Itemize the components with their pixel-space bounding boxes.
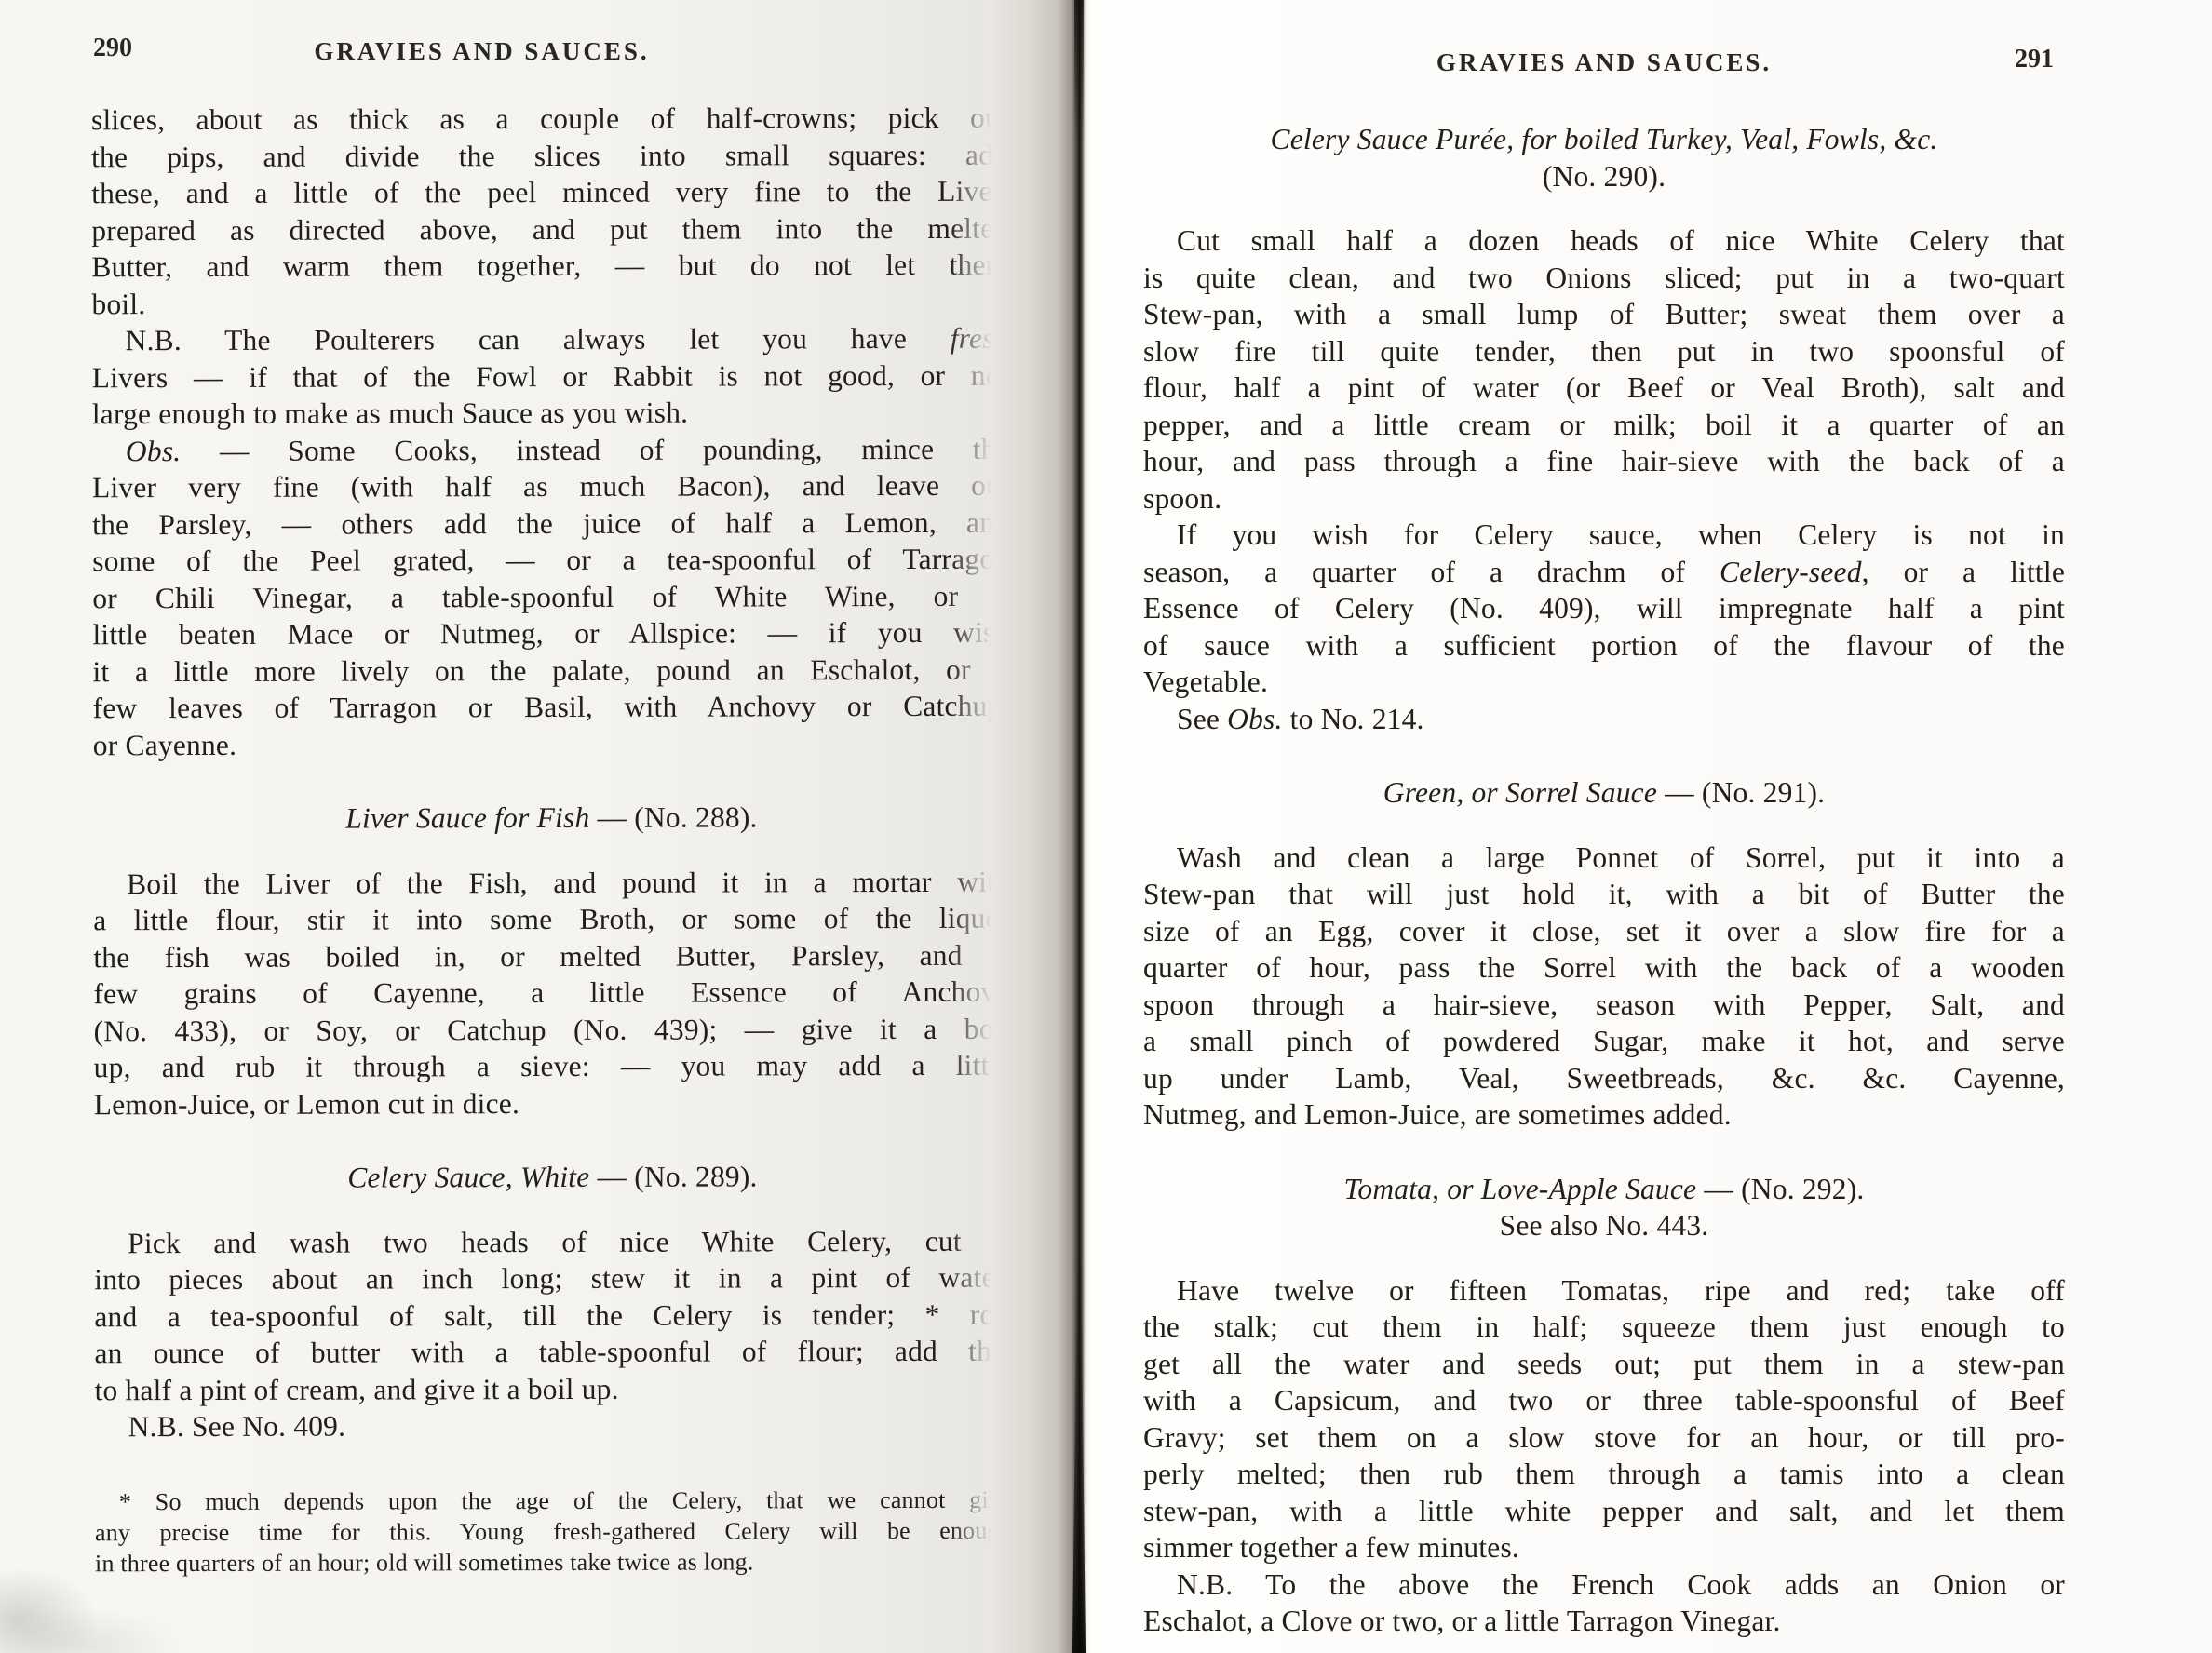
text-line: Vegetable. <box>1143 664 2065 701</box>
text-segment: to half a pint of cream, and give it a b… <box>95 1372 619 1405</box>
text-segment: perly melted; then rub them through a ta… <box>1143 1458 2065 1490</box>
text-line: perly melted; then rub them through a ta… <box>1143 1456 2065 1493</box>
italic-text-segment: Celery Sauce, White <box>347 1161 589 1194</box>
text-segment: an ounce of butter with a table-spoonful… <box>94 1335 1011 1370</box>
recipe-heading: Celery Sauce Purée, for boiled Turkey, V… <box>1143 121 2065 195</box>
text-line: Wash and clean a large Ponnet of Sorrel,… <box>1143 840 2065 877</box>
text-line: to half a pint of cream, and give it a b… <box>94 1369 1011 1408</box>
text-segment: Have twelve or fifteen Tomatas, ripe and… <box>1177 1274 2065 1307</box>
left-page-header: 290 GRAVIES AND SAUCES. <box>93 37 1010 76</box>
text-segment: the Parsley, — others add the juice of h… <box>92 505 1009 541</box>
text-line: See Obs. to No. 214. <box>1143 701 2065 738</box>
right-page-header: GRAVIES AND SAUCES. 291 <box>1143 48 2065 87</box>
text-segment: large enough to make as much Sauce as yo… <box>92 396 689 431</box>
text-segment: spoon. <box>1143 482 1221 515</box>
text-line: the Parsley, — others add the juice of h… <box>92 504 1009 543</box>
text-line: some of the Peel grated, — or a tea-spoo… <box>92 541 1009 580</box>
text-segment: of sauce with a sufficient portion of th… <box>1143 629 2065 662</box>
italic-text-segment: Tomata, or Love-Apple Sauce <box>1344 1173 1697 1205</box>
text-segment: (No. 433), or Soy, or Catchup (No. 439);… <box>93 1012 1010 1047</box>
text-segment: or Cayenne. <box>93 728 236 760</box>
text-segment: boil. <box>91 288 145 320</box>
text-line: Eschalot, a Clove or two, or a little Ta… <box>1143 1603 2065 1640</box>
text-segment: — Some Cooks, instead of pounding, mince… <box>181 432 1009 466</box>
text-segment: and a tea-spoonful of salt, till the Cel… <box>94 1297 1011 1333</box>
text-line: (No. 433), or Soy, or Catchup (No. 439);… <box>93 1010 1010 1049</box>
text-line: a small pinch of powdered Sugar, make it… <box>1143 1023 2065 1060</box>
text-line: slices, about as thick as a couple of ha… <box>91 100 1008 139</box>
text-line: large enough to make as much Sauce as yo… <box>92 394 1009 433</box>
text-segment: slices, about as thick as a couple of ha… <box>91 101 1008 137</box>
text-line: little beaten Mace or Nutmeg, or Allspic… <box>92 614 1009 653</box>
paragraph: N.B. See No. 409. <box>95 1406 1012 1445</box>
left-running-header: GRAVIES AND SAUCES. <box>23 37 940 66</box>
text-segment: N.B. See No. 409. <box>128 1410 346 1444</box>
text-segment: Livers — if that of the Fowl or Rabbit i… <box>92 358 1009 394</box>
text-segment: a little flour, stir it into some Broth,… <box>93 902 1010 937</box>
text-segment: Nutmeg, and Lemon-Juice, are sometimes a… <box>1143 1098 1732 1131</box>
recipe-heading: Liver Sauce for Fish — (No. 288). <box>93 799 1010 838</box>
text-segment: or Chili Vinegar, a table-spoonful of Wh… <box>92 579 1009 614</box>
text-segment: Gravy; set them on a slow stove for an h… <box>1143 1421 2065 1454</box>
text-segment: Cut small half a dozen heads of nice Whi… <box>1177 224 2065 257</box>
text-segment: it a little more lively on the palate, p… <box>92 652 1009 688</box>
text-segment: (No. 290). <box>1543 160 1666 193</box>
paragraph: If you wish for Celery sauce, when Celer… <box>1143 517 2065 701</box>
text-line: in three quarters of an hour; old will s… <box>95 1545 1012 1579</box>
right-page: GRAVIES AND SAUCES. 291 Celery Sauce Pur… <box>1094 0 2212 1653</box>
text-line: stew-pan, with a little white pepper and… <box>1143 1493 2065 1530</box>
text-segment: Stew-pan, with a small lump of Butter; s… <box>1143 298 2065 330</box>
text-segment: few leaves of Tarragon or Basil, with An… <box>93 690 1010 725</box>
text-line: is quite clean, and two Onions sliced; p… <box>1143 260 2065 297</box>
text-line: Liver very fine (with half as much Bacon… <box>92 467 1009 506</box>
text-segment: See <box>1177 703 1227 735</box>
text-segment: hour, and pass through a fine hair-sieve… <box>1143 445 2065 477</box>
text-segment: to No. 214. <box>1283 703 1424 735</box>
text-segment: N.B. The Poulterers can always let you h… <box>126 322 951 356</box>
text-segment: little beaten Mace or Nutmeg, or Allspic… <box>92 616 1009 652</box>
text-line: it a little more lively on the palate, p… <box>92 651 1009 690</box>
paragraph: Obs. — Some Cooks, instead of pounding, … <box>92 430 1010 763</box>
italic-text-segment: Celery-seed <box>1720 556 1862 588</box>
text-line: up under Lamb, Veal, Sweetbreads, &c. &c… <box>1143 1060 2065 1097</box>
text-line: Green, or Sorrel Sauce — (No. 291). <box>1143 774 2065 812</box>
text-line: flour, half a pint of water (or Beef or … <box>1143 370 2065 407</box>
text-segment: — (No. 292). <box>1696 1173 1864 1205</box>
text-segment: into pieces about an inch long; stew it … <box>94 1261 1011 1297</box>
text-line: season, a quarter of a drachm of Celery-… <box>1143 554 2065 591</box>
recipe-heading: Tomata, or Love-Apple Sauce — (No. 292).… <box>1143 1171 2065 1244</box>
paragraph: See Obs. to No. 214. <box>1143 701 2065 738</box>
text-line: these, and a little of the peel minced v… <box>91 173 1008 212</box>
recipe-heading: Green, or Sorrel Sauce — (No. 291). <box>1143 774 2065 812</box>
left-page-body: slices, about as thick as a couple of ha… <box>91 100 1012 1579</box>
text-segment: N.B. To the above the French Cook adds a… <box>1177 1568 2065 1601</box>
text-segment: Boil the Liver of the Fish, and pound it… <box>127 865 1010 899</box>
text-segment: season, a quarter of a drachm of <box>1143 556 1720 588</box>
italic-text-segment: Obs. <box>126 435 182 467</box>
paragraph: Have twelve or fifteen Tomatas, ripe and… <box>1143 1272 2065 1566</box>
text-segment: Essence of Celery (No. 409), will impreg… <box>1143 592 2065 625</box>
text-segment: pepper, and a little cream or milk; boil… <box>1143 409 2065 441</box>
text-segment: the fish was boiled in, or melted Butter… <box>93 938 1010 974</box>
text-line: Tomata, or Love-Apple Sauce — (No. 292). <box>1143 1171 2065 1208</box>
text-line: (No. 290). <box>1143 158 2065 195</box>
book-scan-spread: 290 GRAVIES AND SAUCES. slices, about as… <box>0 0 2212 1653</box>
text-segment: See also No. 443. <box>1500 1209 1709 1242</box>
italic-text-segment: Green, or Sorrel Sauce <box>1383 776 1657 809</box>
text-segment: Eschalot, a Clove or two, or a little Ta… <box>1143 1605 1781 1637</box>
text-line: * So much depends upon the age of the Ce… <box>95 1484 1012 1517</box>
text-segment: If you wish for Celery sauce, when Celer… <box>1177 518 2065 551</box>
text-line: N.B. The Poulterers can always let you h… <box>92 320 1009 359</box>
text-segment: — (No. 288). <box>589 800 757 833</box>
text-segment: the pips, and divide the slices into sma… <box>91 138 1008 173</box>
text-line: Have twelve or fifteen Tomatas, ripe and… <box>1143 1272 2065 1310</box>
text-line: prepared as directed above, and put them… <box>91 209 1008 249</box>
text-line: the stalk; cut them in half; squeeze the… <box>1143 1309 2065 1346</box>
paragraph: Wash and clean a large Ponnet of Sorrel,… <box>1143 840 2065 1134</box>
paragraph: N.B. The Poulterers can always let you h… <box>92 320 1009 433</box>
paragraph: Pick and wash two heads of nice White Ce… <box>94 1222 1012 1408</box>
text-line: few grains of Cayenne, a little Essence … <box>93 974 1010 1013</box>
text-line: Obs. — Some Cooks, instead of pounding, … <box>92 430 1009 469</box>
text-segment: , or a little <box>1862 556 2065 588</box>
text-line: get all the water and seeds out; put the… <box>1143 1346 2065 1383</box>
text-line: pepper, and a little cream or milk; boil… <box>1143 407 2065 444</box>
text-line: spoon through a hair-sieve, season with … <box>1143 987 2065 1024</box>
footnote: * So much depends upon the age of the Ce… <box>95 1484 1012 1579</box>
text-line: simmer together a few minutes. <box>1143 1529 2065 1566</box>
text-segment: — (No. 289). <box>589 1160 757 1192</box>
text-segment: up, and rub it through a sieve: — you ma… <box>94 1049 1011 1084</box>
text-segment: Butter, and warm them together, — but do… <box>91 249 1008 284</box>
right-page-body: Celery Sauce Purée, for boiled Turkey, V… <box>1143 84 2065 1640</box>
text-line: with a Capsicum, and two or three table-… <box>1143 1382 2065 1419</box>
text-line: N.B. To the above the French Cook adds a… <box>1143 1566 2065 1604</box>
text-segment: Lemon-Juice, or Lemon cut in dice. <box>94 1087 519 1121</box>
right-page-number: 291 <box>2015 45 2054 74</box>
text-line: hour, and pass through a fine hair-sieve… <box>1143 443 2065 480</box>
text-line: See also No. 443. <box>1143 1207 2065 1244</box>
text-segment: in three quarters of an hour; old will s… <box>95 1548 754 1577</box>
text-segment: the stalk; cut them in half; squeeze the… <box>1143 1310 2065 1343</box>
text-segment: a small pinch of powdered Sugar, make it… <box>1143 1025 2065 1057</box>
text-line: Cut small half a dozen heads of nice Whi… <box>1143 222 2065 260</box>
text-line: Stew-pan, with a small lump of Butter; s… <box>1143 296 2065 333</box>
text-line: of sauce with a sufficient portion of th… <box>1143 627 2065 665</box>
text-segment: flour, half a pint of water (or Beef or … <box>1143 371 2065 404</box>
text-line: If you wish for Celery sauce, when Celer… <box>1143 517 2065 554</box>
text-segment: any precise time for this. Young fresh-g… <box>95 1516 1012 1546</box>
text-line: Stew-pan that will just hold it, with a … <box>1143 876 2065 913</box>
italic-text-segment: Obs. <box>1227 703 1282 735</box>
paragraph: N.B. To the above the French Cook adds a… <box>1143 1566 2065 1640</box>
text-segment: simmer together a few minutes. <box>1143 1531 1519 1564</box>
text-line: any precise time for this. Young fresh-g… <box>95 1514 1012 1548</box>
italic-text-segment: Celery Sauce Purée, for boiled Turkey, V… <box>1271 123 1938 155</box>
text-segment: Stew-pan that will just hold it, with a … <box>1143 878 2065 910</box>
text-line: Butter, and warm them together, — but do… <box>91 247 1008 286</box>
text-line: spoon. <box>1143 480 2065 517</box>
text-line: size of an Egg, cover it close, set it o… <box>1143 913 2065 950</box>
text-segment: * So much depends upon the age of the Ce… <box>119 1485 1012 1515</box>
text-segment: slow fire till quite tender, then put in… <box>1143 335 2065 368</box>
text-line: an ounce of butter with a table-spoonful… <box>94 1333 1011 1372</box>
text-line: Livers — if that of the Fowl or Rabbit i… <box>92 356 1009 396</box>
paragraph: Boil the Liver of the Fish, and pound it… <box>93 863 1011 1122</box>
recipe-heading: Celery Sauce, White — (No. 289). <box>94 1158 1011 1197</box>
text-line: N.B. See No. 409. <box>95 1406 1012 1445</box>
text-segment: some of the Peel grated, — or a tea-spoo… <box>92 543 1009 578</box>
text-line: or Cayenne. <box>93 724 1010 763</box>
text-line: few leaves of Tarragon or Basil, with An… <box>93 688 1010 727</box>
text-segment: Pick and wash two heads of nice White Ce… <box>128 1224 1011 1258</box>
text-line: Pick and wash two heads of nice White Ce… <box>94 1222 1011 1261</box>
text-segment: — (No. 291). <box>1657 776 1825 809</box>
text-line: into pieces about an inch long; stew it … <box>94 1259 1011 1298</box>
text-segment: is quite clean, and two Onions sliced; p… <box>1143 262 2065 294</box>
italic-text-segment: Liver Sauce for Fish <box>345 801 589 835</box>
text-line: boil. <box>91 283 1008 322</box>
text-line: Celery Sauce Purée, for boiled Turkey, V… <box>1143 121 2065 158</box>
paragraph: Cut small half a dozen heads of nice Whi… <box>1143 222 2065 517</box>
text-segment: prepared as directed above, and put them… <box>91 211 1008 247</box>
text-segment: with a Capsicum, and two or three table-… <box>1143 1384 2065 1417</box>
text-line: or Chili Vinegar, a table-spoonful of Wh… <box>92 577 1009 616</box>
text-line: and a tea-spoonful of salt, till the Cel… <box>94 1296 1011 1335</box>
text-segment: spoon through a hair-sieve, season with … <box>1143 988 2065 1021</box>
text-segment: get all the water and seeds out; put the… <box>1143 1348 2065 1380</box>
text-line: the pips, and divide the slices into sma… <box>91 136 1008 175</box>
left-page: 290 GRAVIES AND SAUCES. slices, about as… <box>0 0 1005 1653</box>
text-segment: quarter of hour, pass the Sorrel with th… <box>1143 951 2065 984</box>
text-line: the fish was boiled in, or melted Butter… <box>93 936 1010 975</box>
text-line: Celery Sauce, White — (No. 289). <box>94 1158 1011 1197</box>
text-line: slow fire till quite tender, then put in… <box>1143 333 2065 370</box>
text-segment: Vegetable. <box>1143 665 1268 698</box>
text-line: a little flour, stir it into some Broth,… <box>93 900 1010 939</box>
text-line: quarter of hour, pass the Sorrel with th… <box>1143 949 2065 987</box>
text-line: Essence of Celery (No. 409), will impreg… <box>1143 590 2065 627</box>
text-line: Gravy; set them on a slow stove for an h… <box>1143 1419 2065 1457</box>
text-line: Lemon-Juice, or Lemon cut in dice. <box>94 1083 1011 1122</box>
text-segment: stew-pan, with a little white pepper and… <box>1143 1495 2065 1527</box>
text-line: Nutmeg, and Lemon-Juice, are sometimes a… <box>1143 1096 2065 1134</box>
text-line: Boil the Liver of the Fish, and pound it… <box>93 863 1010 902</box>
text-line: up, and rub it through a sieve: — you ma… <box>94 1047 1011 1086</box>
text-segment: size of an Egg, cover it close, set it o… <box>1143 915 2065 947</box>
text-segment: Liver very fine (with half as much Bacon… <box>92 469 1009 504</box>
text-segment: few grains of Cayenne, a little Essence … <box>93 975 1010 1011</box>
right-running-header: GRAVIES AND SAUCES. <box>1143 48 2065 77</box>
text-segment: up under Lamb, Veal, Sweetbreads, &c. &c… <box>1143 1062 2065 1095</box>
text-segment: Wash and clean a large Ponnet of Sorrel,… <box>1177 841 2065 874</box>
italic-text-segment: fresh <box>951 322 1009 355</box>
text-line: Liver Sauce for Fish — (No. 288). <box>93 799 1010 838</box>
paragraph: slices, about as thick as a couple of ha… <box>91 100 1009 323</box>
text-segment: these, and a little of the peel minced v… <box>91 175 1008 210</box>
